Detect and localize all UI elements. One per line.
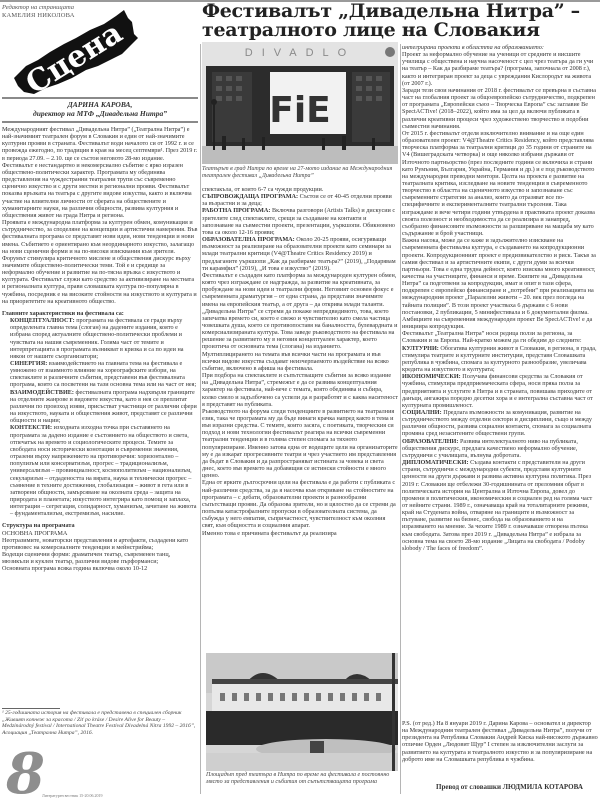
theatre-building-photo: DIVADLO FiE (202, 42, 398, 164)
footnote-rule (2, 708, 60, 709)
torn-paper-logo-icon: Сцена (6, 8, 141, 96)
paragraph: Важна насока, може да се каже и задължит… (402, 237, 598, 330)
paragraph: Водещи сценични форми: драматичен театър… (2, 551, 198, 565)
paragraph: интегрирани проекти в областта на образо… (402, 44, 598, 51)
top-photo-caption: Театърът в град Нитра по време на 27-мот… (202, 166, 398, 180)
paragraph: СЪПРОВОЖДАЩА ПРОГРАМА: Състои се от 40-4… (202, 193, 398, 207)
feature-item: КОНЦЕПТУАЛНОСТ: програмата на фестивала … (10, 317, 198, 360)
bottom-photo-caption: Площадът пред театъра в Нитра по време н… (206, 772, 398, 786)
feature-item: КОНТЕКСТИ: изходната изходна точка при с… (10, 424, 198, 517)
paragraph: При подбора на спектаклите и съпътстващи… (202, 372, 398, 408)
byline-name: ДАРИНА КАРОВА, (2, 100, 198, 109)
article-headline: Фестивалът „Дивадельна Нитра” – театралн… (202, 2, 598, 40)
feature-item: ВЗАИМОДЕЙСТВИЕ: фестивалната програма на… (10, 389, 198, 425)
features-heading: Главните характеристики на фестивала са: (2, 310, 198, 317)
svg-text:DIVADLO: DIVADLO (245, 47, 355, 59)
paragraph: Неотразимите, новаторски представления и… (2, 537, 198, 551)
main-program-label: ОСНОВНА ПРОГРАМА (2, 530, 198, 537)
paragraph: Проект за неформално обучение на ученици… (402, 51, 598, 87)
paragraph: ИКОНОМИЧЕСКИ: Получава финансови средств… (402, 373, 598, 409)
headline-line-2: театралното лице на Словакия (202, 21, 598, 40)
square-festival-photo (206, 653, 398, 771)
paragraph: „Дивадельна Нитра” се стреми да покаже н… (202, 308, 398, 351)
paragraph: Ръководството на форума следи тенденциит… (202, 408, 398, 480)
page-number: 8 (6, 746, 45, 800)
article-column-2: спектакъла, от които 6-7 са чужди продук… (202, 186, 398, 576)
byline-title: директор на МТФ „Дивадельна Нитра” (2, 109, 198, 118)
paragraph: Фестивалът е нестандартно и некомерсиалн… (2, 162, 198, 219)
column-divider (200, 44, 201, 794)
article-column-1: Международният фестивал „Дивадельна Нитр… (2, 126, 198, 706)
structure-heading: Структура на програмата (2, 522, 198, 529)
section-logo: Сцена (6, 8, 141, 96)
byline-rule-bottom (2, 121, 198, 123)
features-list: КОНЦЕПТУАЛНОСТ: програмата на фестивала … (2, 317, 198, 517)
issue-info: Литературен вестник 15-20.06.2019 (42, 793, 102, 798)
feature-item: СИНЕРГИЯ: взаимодействието на главната т… (10, 360, 198, 389)
paragraph: Международният фестивал „Дивадельна Нитр… (2, 126, 198, 162)
paragraph: Фестивалът „Театрална Нитра” носи редица… (402, 330, 598, 344)
translator-credit: Превод от словашки ЛЮДМИЛА КОТАРОВА (436, 783, 583, 791)
paragraph: ДИПЛОМАТИЧЕСКИ: Създава контакти с предс… (402, 459, 598, 552)
byline: ДАРИНА КАРОВА, директор на МТФ „Дивадель… (2, 100, 198, 118)
paragraph: Фестивалът е създаден като платформа за … (202, 272, 398, 308)
square-photo-image (206, 653, 398, 771)
paragraph: Мултиплицирането на темата във всички ча… (202, 351, 398, 372)
article-column-3: интегрирани проекти в областта на образо… (402, 44, 598, 716)
column-divider (400, 44, 401, 794)
paragraph: СОЦИАЛНИ: Предлага възможности за комуни… (402, 409, 598, 438)
paragraph: ОБРАЗОВАТЕЛНИ: Развива интелектуалното н… (402, 438, 598, 459)
byline-rule-top (2, 97, 198, 99)
paragraph: Основната програма всяка година включва … (2, 565, 198, 572)
paragraph: Една от ярките дългосрочни цели на фести… (202, 479, 398, 529)
paragraph: От 2015 г. фестивалът отделя изключителн… (402, 130, 598, 237)
paragraph: Форумът стимулира критичното мислене и о… (2, 255, 198, 305)
footnote: ¹ 25-годишната история на фестивала е пр… (2, 708, 198, 736)
paragraph: ОБРАЗОВАТЕЛНА ПРОГРАМА: Около 20-25 проя… (202, 236, 398, 272)
svg-text:FiE: FiE (269, 90, 331, 131)
paragraph: спектакъла, от които 6-7 са чужди продук… (202, 186, 398, 193)
paragraph: КУЛТУРНИ: Обогатява културния живот в Сл… (402, 345, 598, 374)
postscript-text: P.S. (от ред.) На 8 януари 2019 г. Дарин… (402, 720, 598, 763)
postscript: P.S. (от ред.) На 8 януари 2019 г. Дарин… (402, 720, 598, 780)
paragraph: Заради тези свои начинания от 2018 г. фе… (402, 87, 598, 130)
paragraph: РАБОТНА ПРОГРАМА: Включва разговори (Art… (202, 207, 398, 236)
theatre-photo-image: DIVADLO FiE (202, 42, 398, 164)
paragraph: Именно това е причината фестивалът да ре… (202, 530, 398, 537)
footnote-text: ¹ 25-годишната история на фестивала е пр… (2, 710, 198, 736)
paragraph: Проявата е международна платформа за кул… (2, 219, 198, 255)
